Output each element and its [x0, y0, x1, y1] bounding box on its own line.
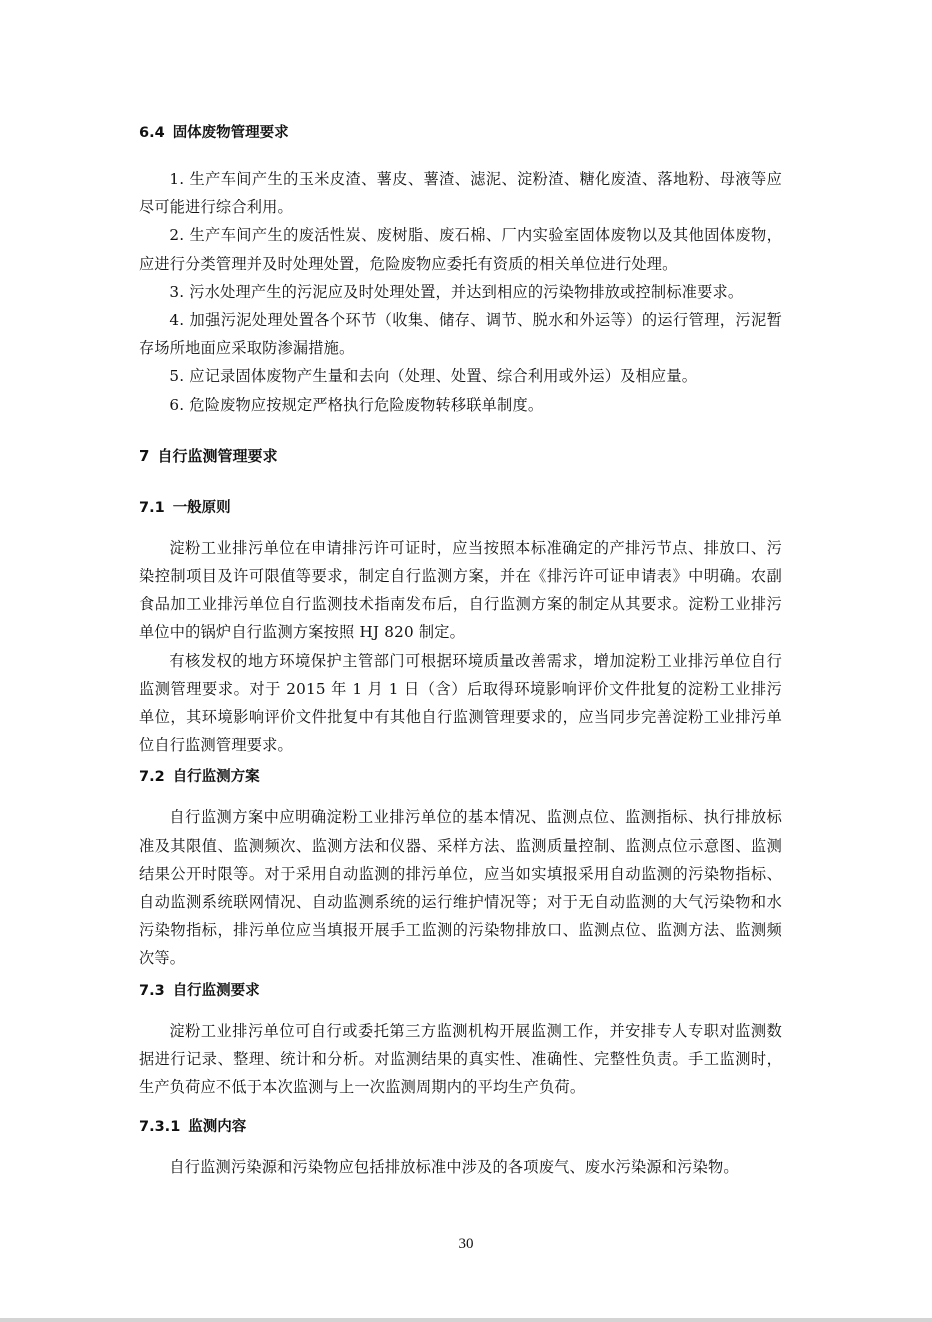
heading-title: 自行监测管理要求	[157, 447, 277, 465]
paragraph: 淀粉工业排污单位在申请排污许可证时，应当按照本标准确定的产排污节点、排放口、污染…	[139, 534, 782, 647]
heading-title: 自行监测方案	[173, 769, 260, 785]
heading-7-2: 7.2自行监测方案	[139, 767, 782, 787]
heading-number: 7.3	[139, 983, 165, 999]
list-item: 1. 生产车间产生的玉米皮渣、薯皮、薯渣、滤泥、淀粉渣、糖化废渣、落地粉、母液等…	[139, 165, 782, 221]
heading-title: 自行监测要求	[173, 983, 260, 999]
heading-7-3-1: 7.3.1监测内容	[139, 1117, 782, 1137]
list-item: 5. 应记录固体废物产生量和去向（处理、处置、综合利用或外运）及相应量。	[139, 362, 782, 390]
list-item: 4. 加强污泥处理处置各个环节（收集、储存、调节、脱水和外运等）的运行管理，污泥…	[139, 306, 782, 362]
page-bottom-edge	[0, 1318, 932, 1322]
paragraph: 自行监测污染源和污染物应包括排放标准中涉及的各项废气、废水污染源和污染物。	[139, 1153, 782, 1181]
heading-title: 一般原则	[173, 500, 231, 516]
heading-number: 7.1	[139, 500, 165, 516]
document-page: 6.4固体废物管理要求 1. 生产车间产生的玉米皮渣、薯皮、薯渣、滤泥、淀粉渣、…	[0, 0, 932, 1318]
heading-title: 固体废物管理要求	[173, 125, 289, 141]
paragraph: 自行监测方案中应明确淀粉工业排污单位的基本情况、监测点位、监测指标、执行排放标准…	[139, 803, 782, 972]
heading-number: 7	[139, 447, 149, 465]
list-item: 6. 危险废物应按规定严格执行危险废物转移联单制度。	[139, 391, 782, 419]
paragraph: 有核发权的地方环境保护主管部门可根据环境质量改善需求，增加淀粉工业排污单位自行监…	[139, 647, 782, 760]
page-number: 30	[0, 1236, 932, 1253]
paragraph: 淀粉工业排污单位可自行或委托第三方监测机构开展监测工作，并安排专人专职对监测数据…	[139, 1017, 782, 1102]
list-item: 3. 污水处理产生的污泥应及时处理处置，并达到相应的污染物排放或控制标准要求。	[139, 278, 782, 306]
heading-6-4: 6.4固体废物管理要求	[139, 123, 782, 143]
heading-number: 7.3.1	[139, 1119, 180, 1135]
heading-7-1: 7.1一般原则	[139, 498, 782, 518]
page-content: 6.4固体废物管理要求 1. 生产车间产生的玉米皮渣、薯皮、薯渣、滤泥、淀粉渣、…	[139, 123, 782, 1181]
heading-number: 6.4	[139, 125, 165, 141]
heading-7: 7自行监测管理要求	[139, 446, 782, 466]
heading-title: 监测内容	[188, 1119, 246, 1135]
heading-number: 7.2	[139, 769, 165, 785]
heading-7-3: 7.3自行监测要求	[139, 981, 782, 1001]
list-item: 2. 生产车间产生的废活性炭、废树脂、废石棉、厂内实验室固体废物以及其他固体废物…	[139, 221, 782, 277]
